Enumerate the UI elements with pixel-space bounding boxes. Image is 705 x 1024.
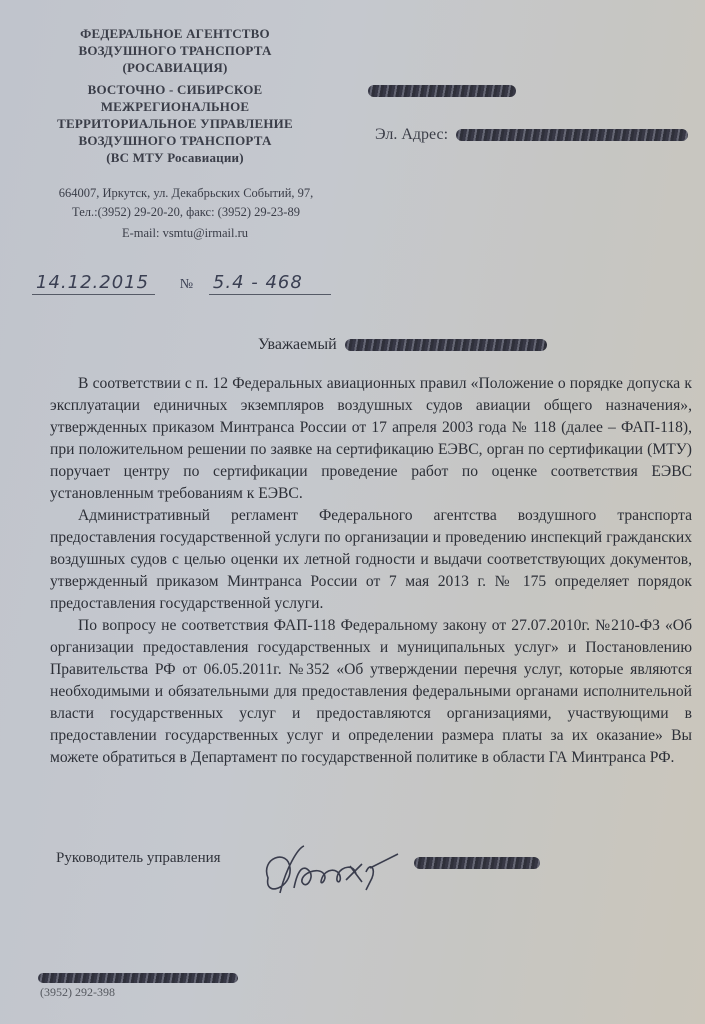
salutation-text: Уважаемый	[258, 336, 337, 353]
letterhead-contacts: 664007, Иркутск, ул. Декабрьских Событий…	[36, 184, 336, 222]
signature-icon	[258, 838, 418, 908]
letterhead-email: E-mail: vsmtu@irmail.ru	[70, 226, 300, 241]
paragraph: Административный регламент Федерального …	[50, 505, 692, 615]
outgoing-number: 5.4 - 468	[209, 272, 331, 295]
phone-fax: Тел.:(3952) 29-20-20, факс: (3952) 29-23…	[36, 203, 336, 222]
redaction-mark	[456, 129, 688, 141]
division-line: МЕЖРЕГИОНАЛЬНОЕ	[40, 98, 310, 115]
recipient-email-line: Эл. Адрес:	[375, 126, 688, 144]
letterhead: ФЕДЕРАЛЬНОЕ АГЕНТСТВО ВОЗДУШНОГО ТРАНСПО…	[40, 25, 310, 166]
letter-page: ФЕДЕРАЛЬНОЕ АГЕНТСТВО ВОЗДУШНОГО ТРАНСПО…	[0, 0, 705, 1024]
handwritten-signature	[258, 838, 418, 913]
executor-phone: (3952) 292-398	[40, 985, 115, 1000]
paragraph: В соответствии с п. 12 Федеральных авиац…	[50, 373, 692, 505]
email-label: Эл. Адрес:	[375, 126, 448, 143]
signatory-name-redacted	[414, 854, 540, 872]
address: 664007, Иркутск, ул. Декабрьских Событий…	[36, 184, 336, 203]
salutation: Уважаемый	[258, 336, 547, 354]
recipient-name-redacted	[368, 82, 516, 100]
division-line: (ВС МТУ Росавиации)	[40, 149, 310, 166]
division-line: ТЕРРИТОРИАЛЬНОЕ УПРАВЛЕНИЕ	[40, 115, 310, 132]
paragraph: По вопросу не соответствия ФАП-118 Федер…	[50, 615, 692, 769]
redaction-mark	[345, 339, 547, 351]
agency-line: ВОЗДУШНОГО ТРАНСПОРТА	[40, 42, 310, 59]
outgoing-date: 14.12.2015	[32, 272, 155, 295]
redaction-mark	[38, 973, 238, 983]
agency-line: ФЕДЕРАЛЬНОЕ АГЕНТСТВО	[40, 25, 310, 42]
redaction-mark	[414, 857, 540, 869]
agency-line: (РОСАВИАЦИЯ)	[40, 59, 310, 76]
division-line: ВОСТОЧНО - СИБИРСКОЕ	[40, 81, 310, 98]
division-line: ВОЗДУШНОГО ТРАНСПОРТА	[40, 132, 310, 149]
redaction-mark	[368, 85, 516, 97]
outgoing-reference: 14.12.2015 № 5.4 - 468	[32, 272, 331, 295]
number-label: №	[180, 277, 194, 292]
letter-body: В соответствии с п. 12 Федеральных авиац…	[50, 373, 692, 769]
signature-title: Руководитель управления	[56, 850, 221, 867]
